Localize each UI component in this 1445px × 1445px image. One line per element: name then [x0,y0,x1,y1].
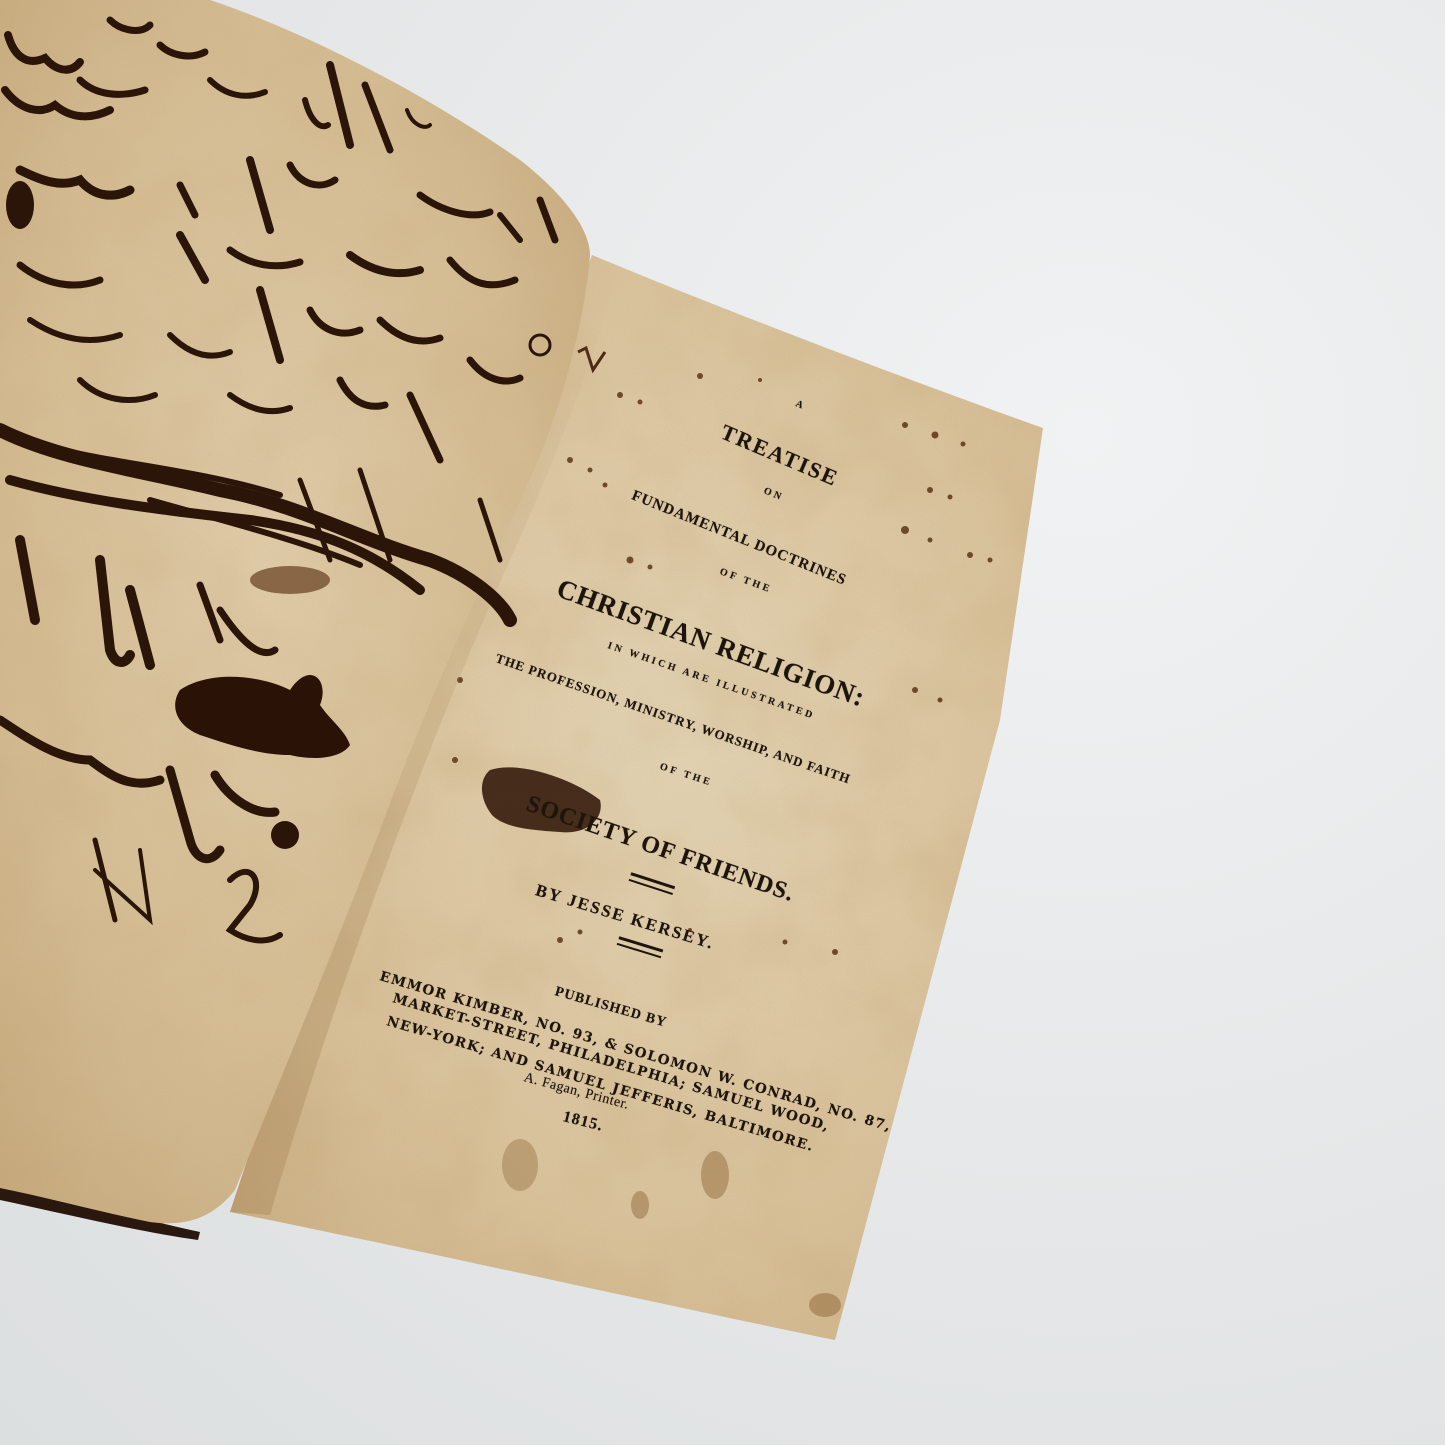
open-book [0,0,1445,1445]
photo-scene: A TREATISE ON FUNDAMENTAL DOCTRINES OF T… [0,0,1445,1445]
